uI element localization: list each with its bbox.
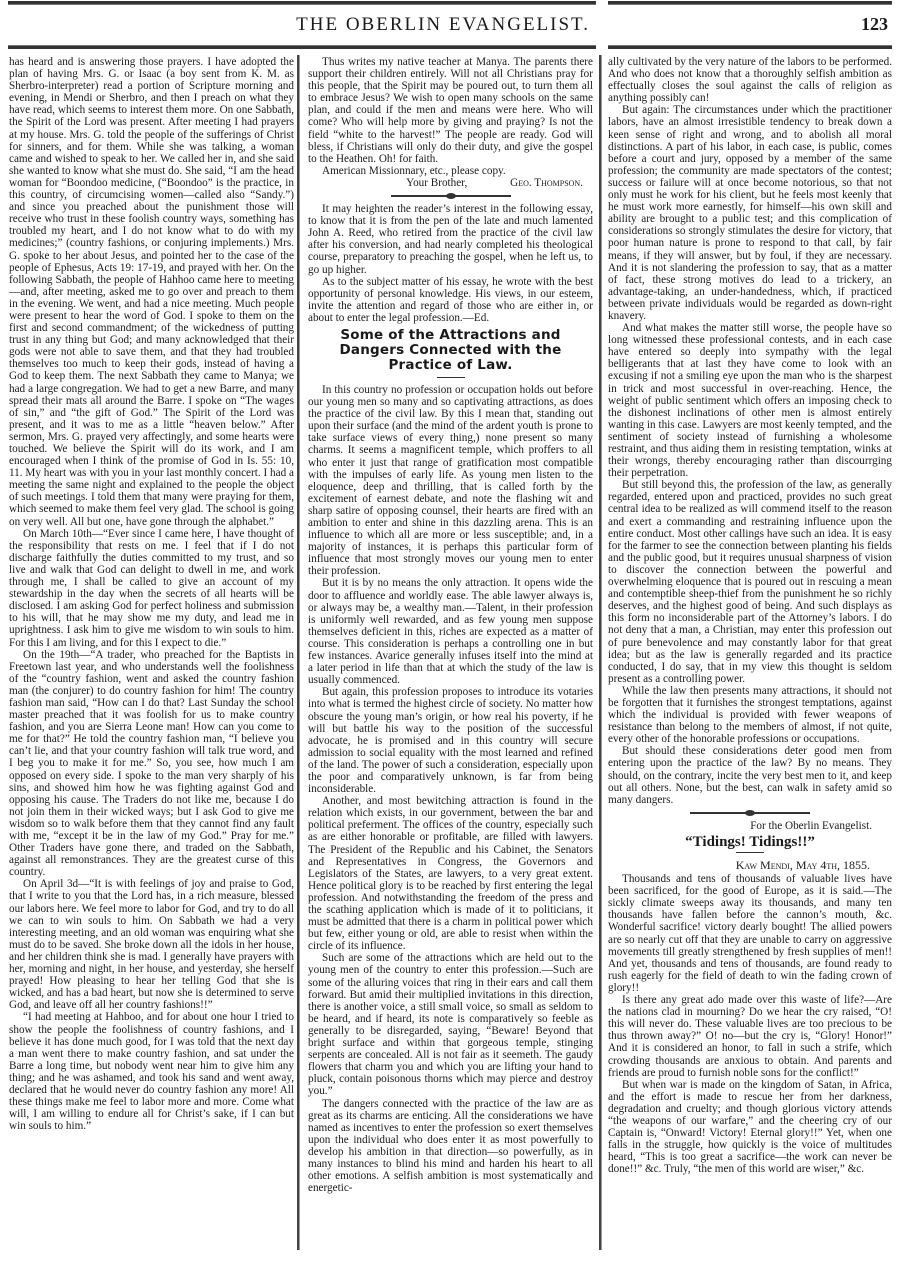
article-paragraph: While the law then presents many attract…: [608, 685, 892, 745]
letter-paragraph: On March 10th—“Ever since I came here, I…: [9, 528, 294, 649]
tidings-paragraph: Is there any great ado made over this wa…: [608, 994, 892, 1079]
editor-note-paragraph: It may heighten the reader’s interest in…: [308, 203, 593, 276]
masthead-top-rule-right: [608, 1, 892, 5]
editor-note-paragraph: As to the subject matter of his essay, h…: [308, 276, 593, 324]
masthead-top-rule-left: [8, 1, 596, 5]
masthead-bottom-rule-left: [8, 45, 596, 49]
article-paragraph: Such are some of the attractions which a…: [308, 952, 593, 1097]
letter-paragraph: On April 3d—“It is with feelings of joy …: [9, 878, 294, 1011]
column-1-missionary-letter: has heard and is answering those prayers…: [9, 56, 294, 1132]
column-3: ally cultivated by the very nature of th…: [608, 56, 892, 1175]
short-divider: [437, 377, 465, 378]
column-2: Thus writes my native teacher at Manya. …: [308, 56, 593, 1194]
article-paragraph: But it is by no means the only attractio…: [308, 577, 593, 686]
intro-paragraph: Thus writes my native teacher at Manya. …: [308, 56, 593, 165]
page-number: 123: [861, 14, 888, 35]
short-divider: [736, 852, 764, 853]
article-paragraph: But still beyond this, the profession of…: [608, 479, 892, 685]
tidings-paragraph: Thousands and tens of thousands of valua…: [608, 873, 892, 994]
signature-line: Your Brother, Geo. Thompson.: [308, 177, 593, 189]
article-paragraph: And what makes the matter still worse, t…: [608, 322, 892, 479]
column-divider-2: [599, 55, 602, 1250]
article-headline: Some of the Attractions and Dangers Conn…: [308, 328, 593, 373]
dateline: Kaw Mendi, May 4th, 1855.: [608, 859, 892, 871]
signoff: Your Brother,: [406, 177, 467, 189]
letter-paragraph: “I had meeting at Hahboo, and for about …: [9, 1011, 294, 1132]
article-paragraph: But should these considerations deter go…: [608, 745, 892, 805]
article-paragraph: In this country no profession or occupat…: [308, 384, 593, 578]
masthead: THE OBERLIN EVANGELIST. 123: [0, 0, 900, 52]
article-paragraph: But again, this profession proposes to i…: [308, 686, 593, 795]
article-paragraph: But again: The circumstances under which…: [608, 104, 892, 322]
letter-paragraph: On the 19th—“A trader, who preached for …: [9, 649, 294, 879]
masthead-bottom-rule-right: [608, 45, 892, 49]
newspaper-title: THE OBERLIN EVANGELIST.: [0, 14, 590, 36]
ornamental-divider: [690, 812, 810, 814]
copy-note: American Missionnary, etc., please copy.: [308, 165, 593, 177]
signature: Geo. Thompson.: [510, 177, 583, 189]
tidings-headline: “Tidings! Tidings!!”: [608, 836, 892, 848]
article-paragraph: The dangers connected with the practice …: [308, 1098, 593, 1195]
article-paragraph: ally cultivated by the very nature of th…: [608, 56, 892, 104]
credit-line: For the Oberlin Evangelist.: [608, 820, 892, 832]
column-divider-1: [297, 55, 300, 1250]
article-paragraph: Another, and most bewitching attraction …: [308, 795, 593, 952]
ornamental-divider: [391, 195, 511, 197]
tidings-paragraph: But when war is made on the kingdom of S…: [608, 1079, 892, 1176]
letter-paragraph: has heard and is answering those prayers…: [9, 56, 294, 528]
